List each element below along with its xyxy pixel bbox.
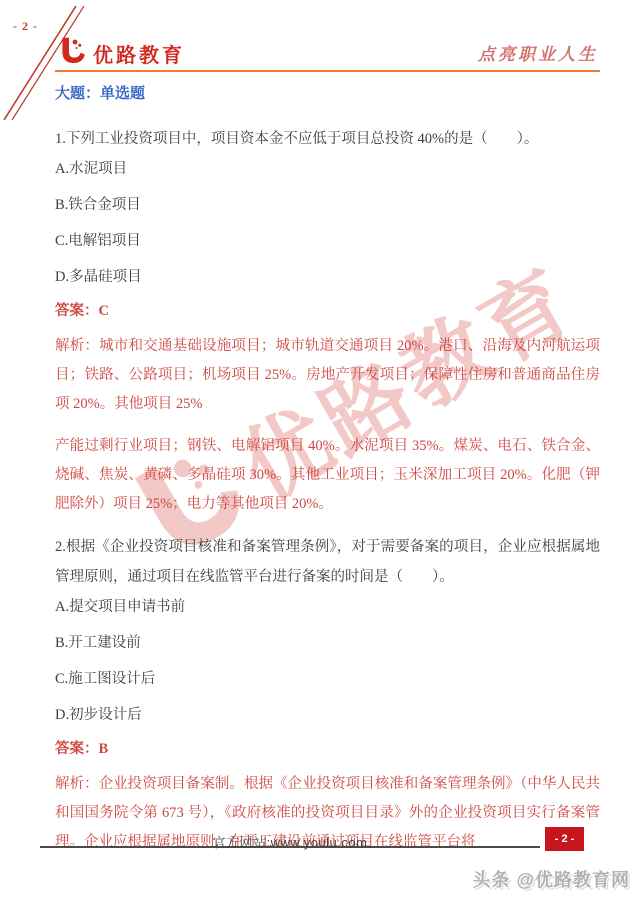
option-d: D.多晶硅项目 (55, 269, 600, 285)
header: 优路教育 点亮职业人生 (55, 34, 600, 72)
question-2: 2.根据《企业投资项目核准和备案管理条例》，对于需要备案的项目，企业应根据属地管… (55, 532, 600, 857)
section-title: 大题：单选题 (55, 86, 600, 102)
header-rule (55, 70, 600, 72)
option-c: C.施工图设计后 (55, 671, 600, 687)
option-c: C.电解铝项目 (55, 233, 600, 249)
footer: 官方网站:www.youlu.com (40, 832, 540, 848)
toutiao-watermark: 头条 @优路教育网 (472, 866, 630, 892)
analysis-paragraph: 解析：城市和交通基础设施项目；城市轨道交通项目 20%。港口、沿海及内河航运项目… (55, 332, 600, 419)
question-1: 1.下列工业投资项目中，项目资本金不应低于项目总投资 40%的是（ ）。 A.水… (55, 124, 600, 519)
youlu-logo-icon (57, 36, 87, 66)
document-page: - 2 - 优路教育 点亮职业人生 优路教育 大题：单选题 1.下列工业投资项目 (0, 0, 640, 906)
official-site-label: 官方网站:www.youlu.com (213, 835, 368, 850)
analysis-paragraph: 产能过剩行业项目；钢铁、电解铝项目 40%。水泥项目 35%。煤炭、电石、铁合金… (55, 432, 600, 519)
brand-tagline: 点亮职业人生 (478, 40, 598, 65)
question-stem: 1.下列工业投资项目中，项目资本金不应低于项目总投资 40%的是（ ）。 (55, 124, 600, 154)
option-a: A.水泥项目 (55, 161, 600, 177)
top-page-number: - 2 - (13, 19, 38, 34)
exam-content: 大题：单选题 1.下列工业投资项目中，项目资本金不应低于项目总投资 40%的是（… (55, 86, 600, 870)
question-stem: 2.根据《企业投资项目核准和备案管理条例》，对于需要备案的项目，企业应根据属地管… (55, 532, 600, 592)
option-a: A.提交项目申请书前 (55, 599, 600, 615)
brand-name: 优路教育 (93, 39, 185, 68)
option-b: B.开工建设前 (55, 635, 600, 651)
answer-line: 答案：C (55, 303, 600, 319)
footer-page-badge: - 2 - (545, 827, 584, 851)
option-b: B.铁合金项目 (55, 197, 600, 213)
option-d: D.初步设计后 (55, 707, 600, 723)
answer-line: 答案：B (55, 741, 600, 757)
